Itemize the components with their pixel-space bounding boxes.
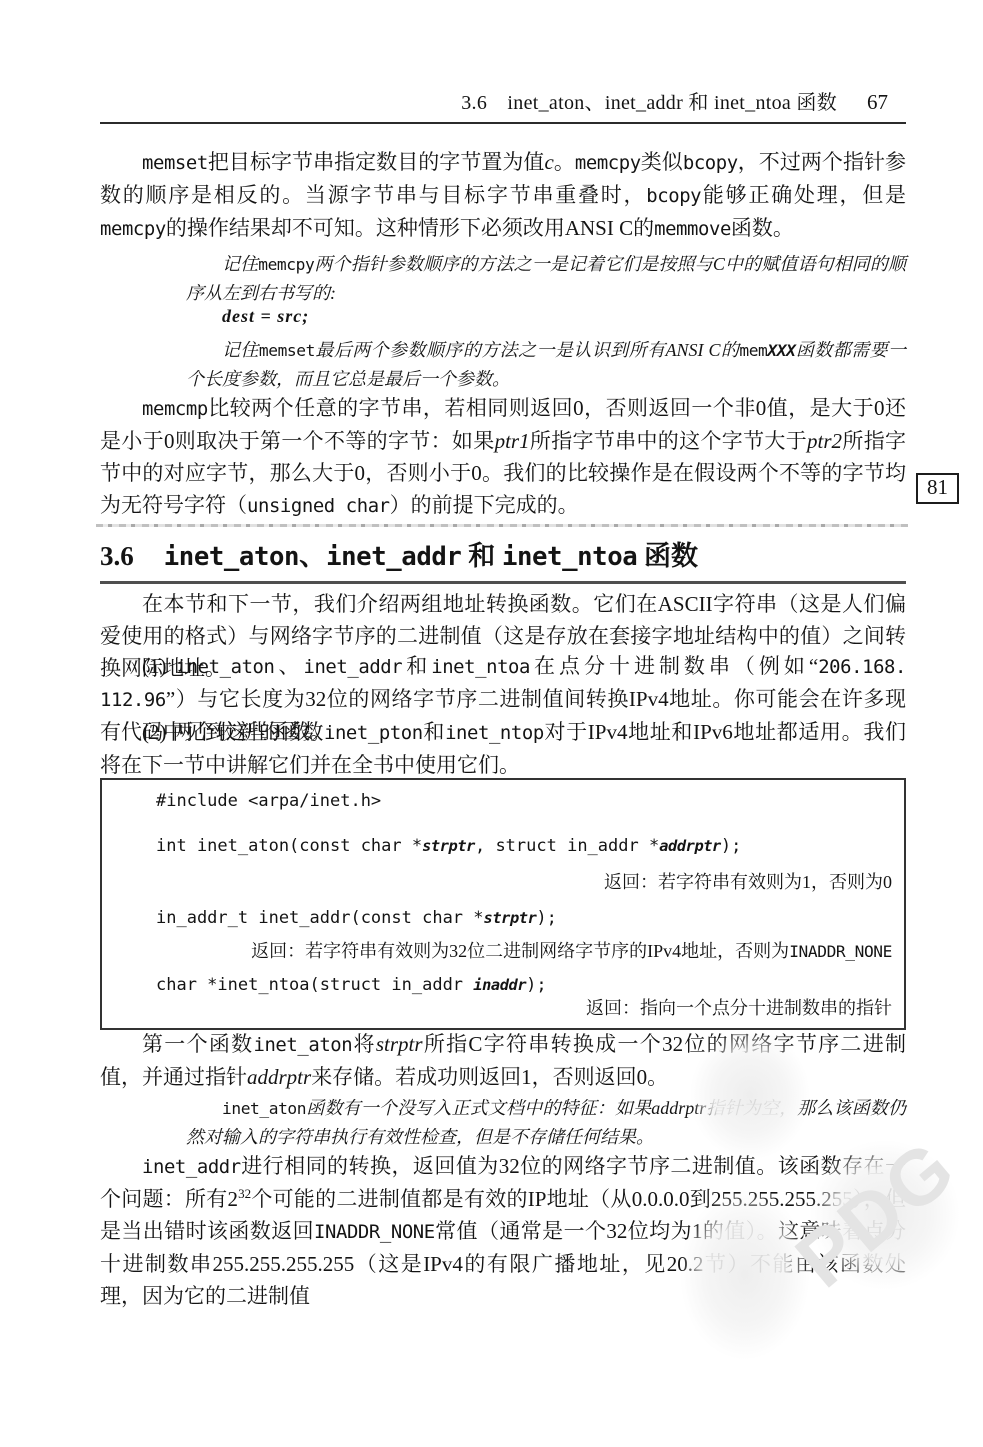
running-header-page-number: 67 xyxy=(867,90,888,115)
paragraph-memcmp: memcmp比较两个任意的字节串，若相同则返回0，否则返回一个非0值，是大于0还… xyxy=(100,392,906,522)
note-memcpy-order: 记住memcpy两个指针参数顺序的方法之一是记着它们是按照与C中的赋值语句相同的… xyxy=(186,250,906,307)
paragraph-inet-addr-desc: inet_addr进行相同的转换，返回值为32位的网络字节序二进制值。该函数存在… xyxy=(100,1150,906,1312)
paragraph-memset: memset把目标字节串指定数目的字节置为值c。memcpy类似bcopy，不过… xyxy=(100,146,906,245)
book-page: 3.6 inet_aton、inet_addr 和 inet_ntoa 函数 6… xyxy=(0,0,983,1447)
running-header-title: 3.6 inet_aton、inet_addr 和 inet_ntoa 函数 xyxy=(461,86,837,115)
code-line-inet-ntoa: char *inet_ntoa(struct in_addr inaddr); xyxy=(110,975,896,996)
function-prototype-box: #include <arpa/inet.h> int inet_aton(con… xyxy=(100,778,906,1030)
note-memset-order: 记住memset最后两个参数顺序的方法之一是认识到所有ANSI C的memXXX… xyxy=(186,336,906,393)
return-note-inet-addr: 返回：若字符串有效则为32位二进制网络字节序的IPv4地址，否则为INADDR_… xyxy=(110,940,896,963)
section-number: 3.6 xyxy=(100,541,134,572)
code-line-inet-addr: in_addr_t inet_addr(const char *strptr); xyxy=(110,908,896,929)
code-inline-dest-src: dest = src; xyxy=(222,306,309,327)
section-heading: 3.6 inet_aton、inet_addr 和 inet_ntoa 函数 xyxy=(100,524,906,584)
margin-page-number: 81 xyxy=(916,473,959,504)
list-item-2: (2) 两个较新的函数inet_pton和inet_ntop对于IPv4地址和I… xyxy=(100,716,906,781)
section-title: inet_aton、inet_addr 和 inet_ntoa 函数 xyxy=(164,534,698,573)
return-note-inet-aton: 返回：若字符串有效则为1，否则为0 xyxy=(110,871,896,893)
return-note-inet-ntoa: 返回：指向一个点分十进制数串的指针 xyxy=(110,997,896,1019)
code-line-inet-aton: int inet_aton(const char *strptr, struct… xyxy=(110,836,896,857)
code-line-include: #include <arpa/inet.h> xyxy=(110,791,896,812)
running-header: 3.6 inet_aton、inet_addr 和 inet_ntoa 函数 6… xyxy=(100,86,906,124)
paragraph-inet-aton-desc: 第一个函数inet_aton将strptr所指C字符串转换成一个32位的网络字节… xyxy=(100,1028,906,1093)
note-inet-aton-undocumented: inet_aton函数有一个没写入正式文档中的特征：如果addrptr指针为空，… xyxy=(186,1094,906,1151)
